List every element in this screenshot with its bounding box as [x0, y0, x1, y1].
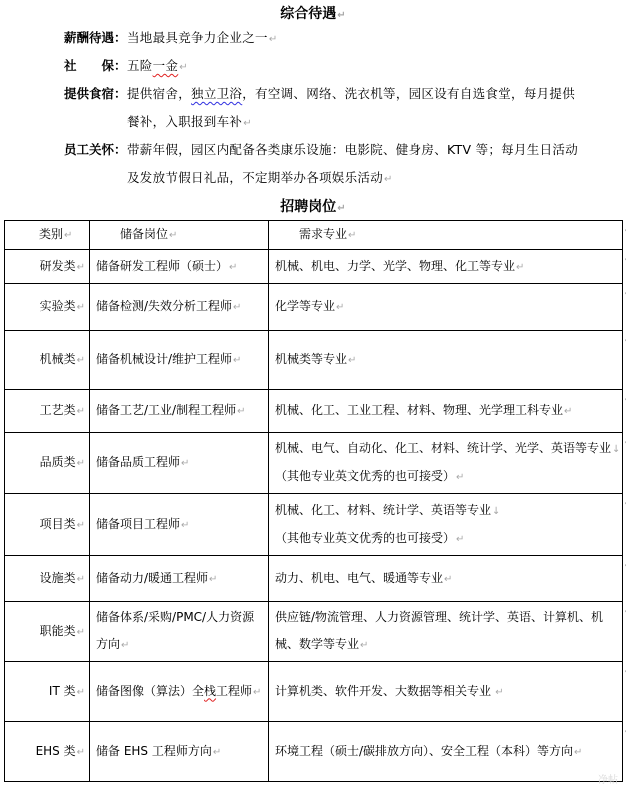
- benefit-employee-care: 员工关怀： 带薪年假，园区内配备各类康乐设施：电影院、健身房、KTV 等；每月生…: [64, 136, 584, 194]
- cell-position: 储备 EHS 工程师方向↵: [90, 722, 269, 782]
- table-row: 品质类↵ 储备品质工程师↵ 机械、电气、自动化、化工、材料、统计学、光学、英语等…: [5, 433, 623, 494]
- cell-category: 设施类↵: [5, 556, 90, 602]
- header-position: 储备岗位↵: [90, 221, 269, 250]
- cell-majors: 环境工程（硕士/碳排放方向）、安全工程（本科）等方向↵↵: [269, 722, 623, 782]
- benefits-title: 综合待遇↵: [0, 3, 626, 23]
- spellcheck-underline: 一金: [153, 58, 179, 73]
- table-row: 实验类↵ 储备检测/失效分析工程师↵ 化学等专业↵↵: [5, 284, 623, 331]
- jobs-table: 类别↵ 储备岗位↵ 需求专业↵↵ 研发类↵ 储备研发工程师（硕士）↵ 机械、机电…: [4, 220, 623, 782]
- cell-category: 机械类↵: [5, 331, 90, 390]
- cell-majors: 供应链/物流管理、人力资源管理、统计学、英语、计算机、机械、数学等专业↵↵: [269, 602, 623, 662]
- cell-majors: 机械、化工、材料、统计学、英语等专业↓（其他专业英文优秀的也可接受）↵↵: [269, 494, 623, 556]
- benefit-value: 提供宿舍，独立卫浴，有空调、网络、洗衣机等，园区设有自选食堂，每月提供餐补，入职…: [127, 80, 584, 138]
- table-row: 工艺类↵ 储备工艺/工业/制程工程师↵ 机械、化工、工业工程、材料、物理、光学理…: [5, 390, 623, 433]
- cell-majors: 计算机类、软件开发、大数据等相关专业 ↵↵: [269, 662, 623, 722]
- cell-position: 储备品质工程师↵: [90, 433, 269, 494]
- table-header-row: 类别↵ 储备岗位↵ 需求专业↵↵: [5, 221, 623, 250]
- benefit-label: 提供食宿：: [64, 80, 127, 138]
- benefit-salary: 薪酬待遇： 当地最具竞争力企业之一↵: [64, 24, 584, 54]
- benefit-value: 当地最具竞争力企业之一↵: [127, 24, 584, 54]
- cell-majors: 机械、电气、自动化、化工、材料、统计学、光学、英语等专业↓（其他专业英文优秀的也…: [269, 433, 623, 494]
- cell-category: 职能类↵: [5, 602, 90, 662]
- cell-majors: 动力、机电、电气、暖通等专业↵↵: [269, 556, 623, 602]
- table-row: 机械类↵ 储备机械设计/维护工程师↵ 机械类等专业↵↵: [5, 331, 623, 390]
- spellcheck-underline: 栈: [204, 684, 216, 698]
- cell-majors: 机械、化工、工业工程、材料、物理、光学理工科专业↵↵: [269, 390, 623, 433]
- cell-majors: 机械类等专业↵↵: [269, 331, 623, 390]
- cell-category: 品质类↵: [5, 433, 90, 494]
- table-row: EHS 类↵ 储备 EHS 工程师方向↵ 环境工程（硕士/碳排放方向）、安全工程…: [5, 722, 623, 782]
- benefit-label: 薪酬待遇：: [64, 24, 127, 54]
- cell-category: 工艺类↵: [5, 390, 90, 433]
- cell-position: 储备工艺/工业/制程工程师↵: [90, 390, 269, 433]
- header-majors: 需求专业↵↵: [269, 221, 623, 250]
- cell-position: 储备检测/失效分析工程师↵: [90, 284, 269, 331]
- watermark: 净帖: [598, 771, 618, 785]
- header-category: 类别↵: [5, 221, 90, 250]
- cell-position: 储备图像（算法）全栈工程师↵: [90, 662, 269, 722]
- cell-category: 研发类↵: [5, 250, 90, 284]
- table-row: 项目类↵ 储备项目工程师↵ 机械、化工、材料、统计学、英语等专业↓（其他专业英文…: [5, 494, 623, 556]
- cell-category: 实验类↵: [5, 284, 90, 331]
- cell-category: 项目类↵: [5, 494, 90, 556]
- cell-position: 储备动力/暖通工程师↵: [90, 556, 269, 602]
- cell-position: 储备体系/采购/PMC/人力资源方向↵: [90, 602, 269, 662]
- benefit-social-insurance: 社 保： 五险一金↵: [64, 52, 584, 82]
- cell-position: 储备机械设计/维护工程师↵: [90, 331, 269, 390]
- cell-category: IT 类↵: [5, 662, 90, 722]
- cell-category: EHS 类↵: [5, 722, 90, 782]
- cell-position: 储备项目工程师↵: [90, 494, 269, 556]
- benefit-accommodation: 提供食宿： 提供宿舍，独立卫浴，有空调、网络、洗衣机等，园区设有自选食堂，每月提…: [64, 80, 584, 138]
- benefit-label: 社 保：: [64, 52, 127, 82]
- paragraph-mark-icon: ↵: [337, 203, 345, 214]
- benefit-value: 五险一金↵: [127, 52, 584, 82]
- cell-position: 储备研发工程师（硕士）↵: [90, 250, 269, 284]
- benefit-label: 员工关怀：: [64, 136, 127, 194]
- jobs-title: 招聘岗位↵: [0, 196, 626, 216]
- table-row: IT 类↵ 储备图像（算法）全栈工程师↵ 计算机类、软件开发、大数据等相关专业 …: [5, 662, 623, 722]
- grammar-underline: 独立卫浴: [191, 86, 242, 101]
- table-row: 职能类↵ 储备体系/采购/PMC/人力资源方向↵ 供应链/物流管理、人力资源管理…: [5, 602, 623, 662]
- cell-majors: 机械、机电、力学、光学、物理、化工等专业↵↵: [269, 250, 623, 284]
- benefit-value: 带薪年假，园区内配备各类康乐设施：电影院、健身房、KTV 等；每月生日活动及发放…: [127, 136, 584, 194]
- paragraph-mark-icon: ↵: [337, 10, 345, 21]
- cell-majors: 化学等专业↵↵: [269, 284, 623, 331]
- table-row: 设施类↵ 储备动力/暖通工程师↵ 动力、机电、电气、暖通等专业↵↵: [5, 556, 623, 602]
- table-row: 研发类↵ 储备研发工程师（硕士）↵ 机械、机电、力学、光学、物理、化工等专业↵↵: [5, 250, 623, 284]
